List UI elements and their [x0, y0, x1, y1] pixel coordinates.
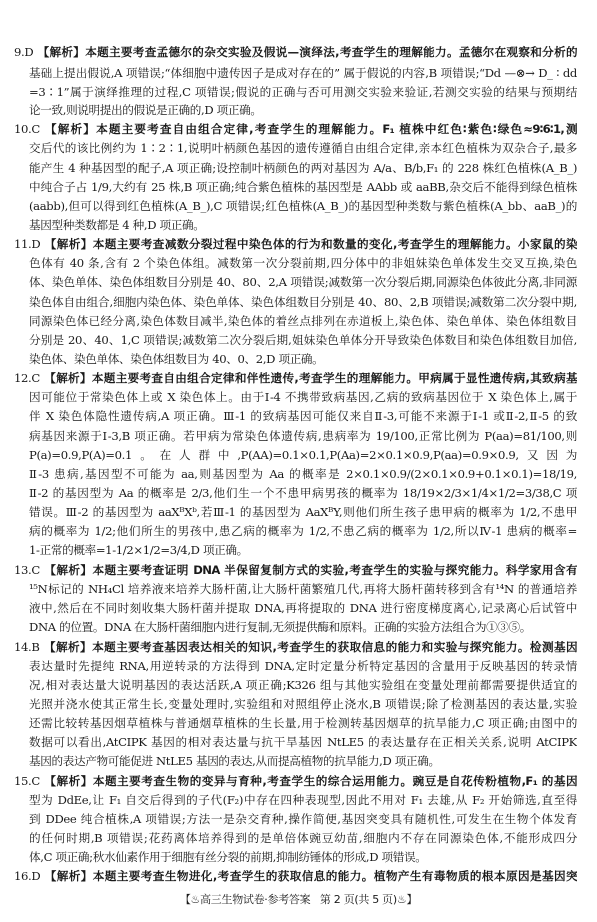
item-13-line-1: 13.C 【解析】本题主要考查证明 DNA 半保留复制方式的实验,考查学生的实验…: [14, 563, 577, 578]
answer-letter: D: [31, 869, 40, 883]
item-12-line-6: Ⅱ-3 患病,基因型不可能为 aa,则基因型为 Aa 的概率是 2×0.1×0.…: [29, 467, 577, 482]
analysis-tag: 【解析】: [38, 45, 86, 59]
question-number: 9.: [14, 45, 24, 59]
item-11-line-3: 体、染色单体、染色体组数目分别是 40、80、2,A 项错误;减数第一次分裂后期…: [29, 275, 577, 290]
item-text: 本题主要考查生物的变异与育种,考查学生的综合运用能力。豌豆是自花传粉植物,F₁ …: [93, 774, 577, 788]
analysis-tag: 【解析】: [45, 122, 96, 136]
item-13-line-3: 液中,然后在不同时刻收集大肠杆菌并提取 DNA,再将提取的 DNA 进行密度梯度…: [29, 601, 577, 616]
item-15-line-2: 型为 DdEe,让 F₁ 自交后得到的子代(F₂)中存在四种表现型,因此不用对 …: [29, 793, 577, 808]
question-number: 15.: [14, 774, 31, 788]
item-10-line-4: 中纯合子占 1/9,大约有 25 株,B 项正确;纯合紫色植株的基因型是 AAb…: [29, 180, 577, 195]
question-number: 12.: [14, 371, 31, 385]
question-number: 14.: [14, 640, 31, 654]
page-number: 第 2 页(共 5 页): [320, 893, 397, 906]
item-15-line-4: 的任何时期,B 项错误;花药离体培养得到的是单倍体豌豆幼苗,细胞内不存在同源染色…: [29, 831, 577, 846]
answer-letter: B: [31, 640, 39, 654]
item-11-line-2: 色体有 40 条,含有 2 个染色体组。减数第一次分裂前期,四分体中的非姐妹染色…: [29, 256, 577, 271]
page-footer: 【♨高三生物试卷·参考答案 第 2 页(共 5 页)♨】: [0, 893, 597, 907]
item-15-line-1: 15.C 【解析】本题主要考查生物的变异与育种,考查学生的综合运用能力。豌豆是自…: [14, 774, 577, 789]
item-10-line-6: 基因型种类数都是 4 种,D 项正确。: [29, 218, 577, 233]
item-9-line-1: 9.D 【解析】本题主要考查孟德尔的杂交实验及假说—演绎法,考查学生的理解能力。…: [14, 45, 577, 60]
item-11-line-7: 染色体、染色单体、染色体组数目为 40、0、2,D 项正确。: [29, 352, 577, 367]
item-11-line-1: 11.D 【解析】本题主要考查减数分裂过程中染色体的行为和数量的变化,考查学生的…: [14, 237, 577, 252]
item-14-line-7: 基因的表达产物可能促进 NtLE5 基因的表达,从而提高植物的抗旱能力,D 项正…: [29, 754, 577, 769]
item-14-line-2: 表达量时先提纯 RNA,用逆转录的方法得到 DNA,定时定量分析特定基因的含量用…: [29, 659, 577, 674]
item-12-line-1: 12.C 【解析】本题主要考查自由组合定律和伴性遗传,考查学生的理解能力。甲病属…: [14, 371, 577, 386]
footer-title: 高三生物试卷·参考答案: [200, 893, 310, 906]
item-13-line-2: ¹⁵N标记的 NH₄Cl 培养液来培养大肠杆菌,让大肠杆菌繁殖几代,再将大肠杆菌…: [29, 582, 577, 597]
answer-letter: C: [31, 122, 40, 136]
item-text: 本题主要考查证明 DNA 半保留复制方式的实验,考查学生的实验与探究能力。科学家…: [92, 563, 577, 577]
item-12-line-7: Ⅱ-2 的基因型为 Aa 的概率是 2/3,他们生一个不患甲病男孩的概率为 18…: [29, 486, 577, 501]
answer-letter: C: [31, 563, 40, 577]
answer-letter: C: [31, 371, 40, 385]
question-number: 16.: [14, 869, 31, 883]
item-14-line-6: 数据可以看出,AtCIPK 基因的相对表达量与抗干旱基因 NtLE5 的表达量存…: [29, 735, 577, 750]
analysis-tag: 【解析】: [45, 237, 93, 251]
item-10-line-2: 交后代的该比例约为 1∶2∶1,说明叶柄颜色基因的遗传遵循自由组合定律,亲本红色…: [29, 141, 577, 156]
item-12-line-9: 病的概率为 1/2;他们所生的男孩中,患乙病的概率为 1/2,不患乙病的概率为 …: [29, 524, 577, 539]
answer-letter: D: [31, 237, 40, 251]
item-15-line-5: 体,C 项正确;秋水仙素作用于细胞有丝分裂的前期,抑制纺锤体的形成,D 项错误。: [29, 850, 577, 865]
item-12-line-2: 因可能位于常染色体上或 X 染色体上。由于Ⅰ-4 不携带致病基因,乙病的致病基因…: [29, 390, 577, 405]
item-11-line-4: 染色体自由组合,细胞内染色体、染色单体、染色体组数目分别是 40、80、2,B …: [29, 295, 577, 310]
footer-bracket-close: 】: [406, 893, 417, 906]
item-13-line-4: DNA 的位置。DNA 在大肠杆菌细胞内进行复制,无须提供酶和原料。正确的实验方…: [29, 620, 577, 635]
item-12-line-10: 1-正常的概率=1-1/2×1/2=3/4,D 项正确。: [29, 543, 577, 558]
analysis-tag: 【解析】: [45, 869, 93, 883]
item-14-line-3: 况,相对表达量大说明基因的表达活跃,A 项正确;K326 组与其他实验组在变量处…: [29, 678, 577, 693]
item-16-line-1: 16.D 【解析】本题主要考查生物进化,考查学生的获取信息的能力。植物产生有毒物…: [14, 869, 577, 884]
item-12-line-8: 错误。Ⅲ-2 的基因型为 aaXᴮXᵇ,若Ⅲ-1 的基因型为 AaXᴮY,则他们…: [29, 505, 577, 520]
question-number: 13.: [14, 563, 31, 577]
answer-key-page: 9.D 【解析】本题主要考查孟德尔的杂交实验及假说—演绎法,考查学生的理解能力。…: [0, 0, 597, 922]
analysis-tag: 【解析】: [44, 371, 92, 385]
item-11-line-6: 分别是 20、40、1,C 项错误;减数第二次分裂后期,姐妹染色单体分开导致染色…: [29, 333, 577, 348]
answer-letter: C: [31, 774, 40, 788]
publisher-logo-icon: ♨: [191, 893, 201, 907]
item-15-line-3: 到 DDee 纯合植株,A 项错误;方法一是杂交育种,操作简便,基因突变具有随机…: [29, 812, 577, 827]
item-14-line-5: 还需比较转基因烟草植株与普通烟草植株的生长量,用于检测转基因烟草的抗旱能力,C …: [29, 716, 577, 731]
item-text: 本题主要考查孟德尔的杂交实验及假说—演绎法,考查学生的理解能力。孟德尔在观察和分…: [85, 45, 577, 59]
analysis-tag: 【解析】: [44, 774, 92, 788]
answer-letter: D: [24, 45, 33, 59]
publisher-logo-icon-right: ♨: [397, 893, 407, 907]
item-9-line-3: =3∶1”属于演绎推理的过程,C 项错误;假说的正确与否可用测交实验来验证,若测…: [29, 85, 577, 100]
item-9-line-4: 论一致,则说明提出的假说是正确的,D 项正确。: [29, 103, 577, 118]
item-12-line-4: 病基因来源于Ⅰ-3,B 项正确。若甲病为常染色体遗传病,患病率为 19/100,…: [29, 429, 577, 444]
item-10-line-5: (aabb),但可以得到红色植株(A_B_),C 项错误;红色植株(A_B_)的…: [29, 199, 577, 214]
item-9-line-2: 基础上提出假说,A 项错误;“体细胞中遗传因子是成对存在的” 属于假说的内容,B…: [29, 66, 577, 81]
item-10-line-1: 10.C 【解析】本题主要考查自由组合定律,考查学生的理解能力。F₁ 植株中红色…: [14, 122, 577, 137]
analysis-tag: 【解析】: [44, 563, 92, 577]
item-text: 本题主要考查减数分裂过程中染色体的行为和数量的变化,考查学生的理解能力。小家鼠的…: [93, 237, 577, 251]
item-12-line-5: P(a)=0.9,P(A)=0.1。在人群中,P(AA)=0.1×0.1,P(A…: [29, 448, 577, 463]
item-11-line-5: 同源染色体已经分离,染色体数目减半,染色体的着丝点排列在赤道板上,染色体、染色单…: [29, 314, 577, 329]
footer-bracket-open: 【: [180, 893, 191, 906]
question-number: 11.: [14, 237, 31, 251]
item-10-line-3: 能产生 4 种基因型的配子,A 项正确;设控制叶柄颜色的两对基因为 A/a、B/…: [29, 161, 577, 176]
item-text: 本题主要考查自由组合定律,考查学生的理解能力。F₁ 植株中红色∶紫色∶绿色≈9∶…: [96, 122, 577, 136]
analysis-tag: 【解析】: [44, 640, 92, 654]
item-text: 本题主要考查生物进化,考查学生的获取信息的能力。植物产生有毒物质的根本原因是基因…: [93, 869, 577, 883]
item-14-line-1: 14.B 【解析】本题主要考查基因表达相关的知识,考查学生的获取信息的能力和实验…: [14, 640, 577, 655]
item-14-line-4: 光照并浇水使其正常生长,变量处理时,实验组和对照组停止浇水,B 项错误;除了检测…: [29, 697, 577, 712]
question-number: 10.: [14, 122, 31, 136]
item-text: 本题主要考查基因表达相关的知识,考查学生的获取信息的能力和实验与探究能力。检测基…: [92, 640, 577, 654]
item-text: 本题主要考查自由组合定律和伴性遗传,考查学生的理解能力。甲病属于显性遗传病,其致…: [92, 371, 577, 385]
item-12-line-3: 伴 X 染色体隐性遗传病,A 项正确。Ⅲ-1 的致病基因可能仅来自Ⅱ-3,可能不…: [29, 409, 577, 424]
